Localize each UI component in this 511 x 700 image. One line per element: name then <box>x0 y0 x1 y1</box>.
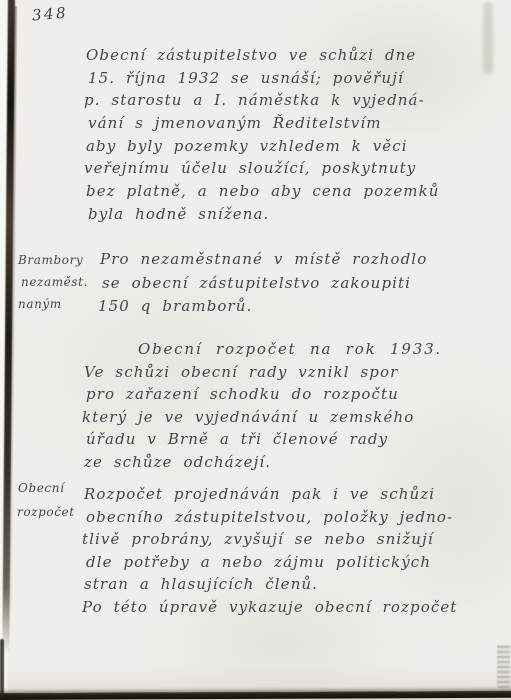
paragraph-budget-dispute: Ve schůzi obecní rady vznikl spor pro za… <box>84 363 414 475</box>
scanned-document-page: 348 Obecní zástupitelstvo ve schůzi dne … <box>0 0 511 700</box>
section-heading-budget-1933: Obecní rozpočet na rok 1933. <box>138 340 442 358</box>
handwritten-line: obecního zástupitelstvou, položky jedno- <box>86 508 457 531</box>
handwritten-line: ze schůze odcházejí. <box>84 453 414 475</box>
handwritten-line: bez platně, a nebo aby cena pozemků <box>86 182 440 205</box>
handwritten-line: Rozpočet projednáván pak i ve schůzi <box>84 485 457 508</box>
handwritten-line: pro zařazení schodku do rozpočtu <box>86 385 414 407</box>
handwritten-line: dle potřeby a nebo zájmu politických <box>86 553 457 576</box>
handwritten-line: se obecní zástupitelstvo zakoupiti <box>102 274 427 298</box>
binding-shadow <box>2 0 15 654</box>
margin-note-potatoes-unemployed: Brambory nezaměst. naným <box>18 253 88 319</box>
margin-note-line: nezaměst. <box>21 275 88 297</box>
page-bottom-shadow <box>0 691 511 700</box>
handwritten-line: byla hodně snížena. <box>88 205 440 228</box>
handwritten-line: vání s jmenovaným Ředitelstvím <box>88 114 440 137</box>
margin-note-line: Brambory <box>18 253 88 275</box>
handwritten-line: 150 q bramborů. <box>98 297 427 321</box>
handwritten-line: 15. října 1932 se usnáší; pověřují <box>88 69 440 92</box>
handwritten-line: úřadu v Brně a tři členové rady <box>86 430 414 452</box>
margin-note-municipal-budget: Obecní rozpočet <box>18 481 75 529</box>
paragraph-assembly-resolution: Obecní zástupitelstvo ve schůzi dne 15. … <box>86 46 440 228</box>
handwritten-line: Po této úpravě vykazuje obecní rozpočet <box>82 598 457 621</box>
handwritten-line: veřejnímu účelu sloužící, poskytnuty <box>84 159 440 182</box>
handwritten-line: stran a hlasujících členů. <box>84 575 457 598</box>
handwritten-line: který je ve vyjednávání u zemského <box>82 408 414 430</box>
right-edge-smudge <box>497 644 510 688</box>
handwritten-line: aby byly pozemky vzhledem k věci <box>86 137 440 160</box>
page-number: 348 <box>31 3 69 24</box>
margin-note-line: rozpočet <box>17 505 75 529</box>
handwritten-line: Pro nezaměstnané v místě rozhodlo <box>100 250 427 274</box>
top-right-smudge <box>483 2 493 74</box>
margin-note-line: Obecní <box>18 481 75 505</box>
paragraph-potatoes-purchase: Pro nezaměstnané v místě rozhodlo se obe… <box>100 250 427 321</box>
handwritten-line: p. starostu a I. náměstka k vyjedná- <box>84 91 440 114</box>
margin-note-line: naným <box>18 297 88 319</box>
handwritten-line: tlivě probrány, zvyšují se nebo snižují <box>82 530 457 553</box>
bottom-left-scan-mark <box>0 639 4 697</box>
handwritten-line: Ve schůzi obecní rady vznikl spor <box>84 363 414 385</box>
paragraph-budget-deliberation: Rozpočet projednáván pak i ve schůzi obe… <box>84 485 457 620</box>
handwritten-line: Obecní zástupitelstvo ve schůzi dne <box>86 46 440 69</box>
